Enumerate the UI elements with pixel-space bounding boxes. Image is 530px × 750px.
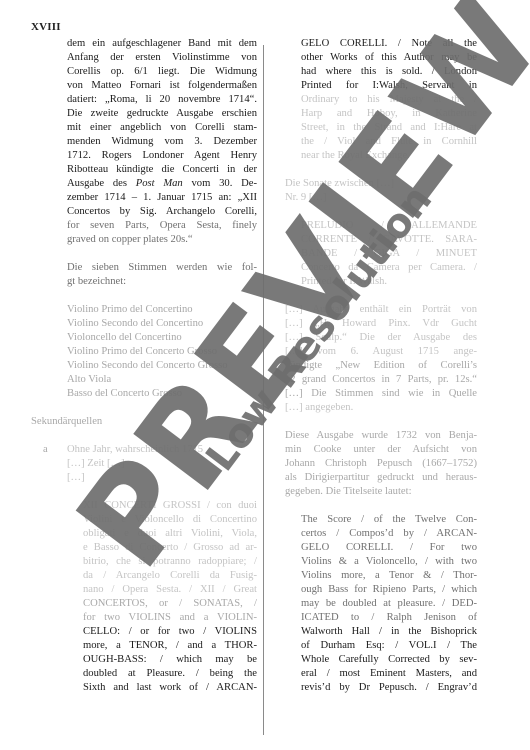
text-line: […] Ausgabe enthält ein Porträt von	[285, 303, 477, 317]
text-line: […] Zeit […]	[67, 457, 257, 471]
text-line: other Works of this Author may be	[301, 51, 477, 65]
text-run: Ausgabe des	[67, 178, 136, 189]
text-line: eral / most Eminent Masters, and	[301, 667, 477, 681]
text-line: Harp and Hoboy, in Katherine	[301, 107, 477, 121]
title-page-quote: XII CONCERTI GROSSI / con duoi Violini e…	[67, 499, 257, 695]
text-line: of Durham Esq: / VOL.I / The	[301, 639, 477, 653]
paragraph-portrait-note: […] Ausgabe enthält ein Porträt von […] …	[285, 303, 477, 415]
text-line: for two VIOLINS and a VIOLIN-	[83, 611, 257, 625]
text-line: […] vom 6. August 1715 ange-	[285, 345, 477, 359]
title-page-quote-continued: GELO CORELLI. / Note all the other Works…	[285, 37, 477, 163]
right-column: GELO CORELLI. / Note all the other Works…	[285, 37, 477, 695]
text-line: certos / Compos’d by / ARCAN-	[301, 527, 477, 541]
text-line: […]	[67, 471, 257, 485]
text-line: als Dirigierpartitur gedruckt und heraus…	[285, 471, 477, 485]
text-line: nano / Opera Sesta. / XII / Great	[83, 583, 257, 597]
text-line: Whole Carefully Corrected by sev-	[301, 653, 477, 667]
text-line: GELO CORELLI. / Note all the	[301, 37, 477, 51]
document-page: XVIII dem ein aufgeschlagener Band mit d…	[0, 0, 530, 750]
text-line: GELO CORELLI. / For two	[301, 541, 477, 555]
text-line: doubled at Pleasure. / being the	[83, 667, 257, 681]
text-line: revis’d by Dr Pepusch. / Engrav’d	[301, 681, 477, 695]
text-line: Concertos by Sig. Archangelo Corelli,	[67, 205, 257, 219]
text-line: Ausgabe des Post Man vom 30. De-	[67, 177, 257, 191]
text-line: min Cooke unter der Aufsicht von	[285, 443, 477, 457]
text-line: may be doubled at pleasure. / DED-	[301, 597, 477, 611]
text-line: gt bezeichnet:	[67, 275, 257, 289]
text-line: obligati e duoi altri Violini, Viola,	[83, 527, 257, 541]
left-column: dem ein aufgeschlagener Band mit dem Anf…	[67, 37, 257, 695]
item-marker: a	[43, 443, 48, 457]
text-line: the / Viol and Flute in Cornhill	[301, 135, 477, 149]
score-title-quote: The Score / of the Twelve Con- certos / …	[285, 513, 477, 695]
text-line: zember 1714 – 1. Januar 1715 an: „XII	[67, 191, 257, 205]
section-heading: Sekundärquellen	[31, 415, 257, 429]
text-line: Sixth and last work of / ARCAN-	[83, 681, 257, 695]
dance-movements-quote: PRELUDIO / ALLEMANDE CORRENTE / GAVOTTE.…	[285, 219, 477, 289]
text-line: near the Royal Exchange.	[301, 149, 477, 163]
parts-list: Violino Primo del Concertino Violino Sec…	[67, 303, 257, 401]
text-line: da / Arcangelo Corelli da Fusig-	[83, 569, 257, 583]
column-divider	[263, 45, 264, 735]
text-line: Ordinary to his Majesty at the /	[301, 93, 477, 107]
text-line: Violins more, a Tenor & / Thor-	[301, 569, 477, 583]
text-line: XII CONCERTI GROSSI / con duoi	[83, 499, 257, 513]
text-line: 12 grand Concertos in 7 Parts, pr. 12s.“	[285, 373, 477, 387]
text-line: CELLO: / or for two / VIOLINS	[83, 625, 257, 639]
text-line: dem ein aufgeschlagener Band mit dem	[67, 37, 257, 51]
paragraph-pepusch-edition: Diese Ausgabe wurde 1732 von Benja- min …	[285, 429, 477, 499]
text-line: […] „H. Howard Pinx. Vdr Gucht	[285, 317, 477, 331]
text-line: mit einer angeblich von Corelli stam-	[67, 121, 257, 135]
text-line: Concerto da Camera per Camera. /	[301, 261, 477, 275]
text-line: […] Die Stimmen sind wie in Quelle	[285, 387, 477, 401]
newspaper-title: Post Man	[136, 178, 183, 189]
text-line: Die Sonate zwischen […]	[285, 177, 477, 191]
list-item: Violino Secondo del Concerto Grosso	[67, 359, 257, 373]
text-line: Nr. 9 […]	[285, 191, 477, 205]
text-line: Walworth Hall / in the Bishoprick	[301, 625, 477, 639]
page-number: XVIII	[31, 21, 61, 33]
text-run: vom 30. De-	[183, 178, 257, 189]
text-line: CORRENTE / GAVOTTE. SARA-	[301, 233, 477, 247]
text-line: BANDE / GIGA / MINUET	[301, 247, 477, 261]
text-line: Street, in the Strand and I:Hare at	[301, 121, 477, 135]
text-line: Johann Christoph Pepusch (1667–1752)	[285, 457, 477, 471]
text-line: Die sieben Stimmen werden wie fol-	[67, 261, 257, 275]
text-line: ICATED to / Ralph Jenison of	[301, 611, 477, 625]
text-line: more, a TENOR, / and a THOR-	[83, 639, 257, 653]
text-line: Printed for I:Walsh, Servant in	[301, 79, 477, 93]
list-item: Violino Primo del Concerto Grosso	[67, 345, 257, 359]
text-line: e Basso di Concerto / Grosso ad ar-	[83, 541, 257, 555]
text-line: PRELUDIO / ALLEMANDE	[301, 219, 477, 233]
text-line: Ohne Jahr, wahrscheinlich 1715	[67, 443, 257, 457]
text-line: Ribotteau kündigte die Concerti in der	[67, 163, 257, 177]
text-line: had where this is sold. / London	[301, 65, 477, 79]
text-line: CONCERTOS, or / SONATAS, /	[83, 597, 257, 611]
text-line: graved on copper plates 20s.“	[67, 233, 257, 247]
text-line: menden Widmung vom 3. Dezember	[67, 135, 257, 149]
list-item: Basso del Concerto Grosso	[67, 387, 257, 401]
text-line: Anfang der ersten Violinstimme von	[67, 51, 257, 65]
text-line: Diese Ausgabe wurde 1732 von Benja-	[285, 429, 477, 443]
text-line: 1712. Rogers Londoner Agent Henry	[67, 149, 257, 163]
text-line: ough Bass for Ripieno Parts, / which	[301, 583, 477, 597]
text-line: Die zweite gedruckte Ausgabe erschien	[67, 107, 257, 121]
paragraph-provenance: dem ein aufgeschlagener Band mit dem Anf…	[67, 37, 257, 247]
text-line: Violini e Violoncello di Concertino	[83, 513, 257, 527]
paragraph-sonata-note: Die Sonate zwischen […] Nr. 9 […]	[285, 177, 477, 205]
text-line: for seven Parts, Opera Sesta, finely	[67, 219, 257, 233]
list-item: Violino Secondo del Concertino	[67, 317, 257, 331]
text-line: Corellis op. 6/1 liegt. Die Widmung	[67, 65, 257, 79]
text-line: datiert: „Roma, li 20 novembre 1714“.	[67, 93, 257, 107]
text-line: OUGH-BASS: / which may be	[83, 653, 257, 667]
source-item-a: a Ohne Jahr, wahrscheinlich 1715 […] Zei…	[31, 443, 257, 485]
text-line: gegeben. Die Titelseite lautet:	[285, 485, 477, 499]
text-line: von Matteo Fornari ist folgendermaßen	[67, 79, 257, 93]
list-item: Violino Primo del Concertino	[67, 303, 257, 317]
text-line: Violins & a Violoncello, / with two	[301, 555, 477, 569]
text-line: […] angegeben.	[285, 401, 477, 415]
paragraph-parts-intro: Die sieben Stimmen werden wie fol- gt be…	[67, 261, 257, 289]
text-line: The Score / of the Twelve Con-	[301, 513, 477, 527]
text-line: […] Sculp.“ Die der Ausgabe des	[285, 331, 477, 345]
text-line: kündigte „New Edition of Corelli’s	[285, 359, 477, 373]
text-line: bitrio, che si potranno radoppiare; /	[83, 555, 257, 569]
list-item: Alto Viola	[67, 373, 257, 387]
text-line: Printed for I: Walsh.	[301, 275, 477, 289]
list-item: Violoncello del Concertino	[67, 331, 257, 345]
